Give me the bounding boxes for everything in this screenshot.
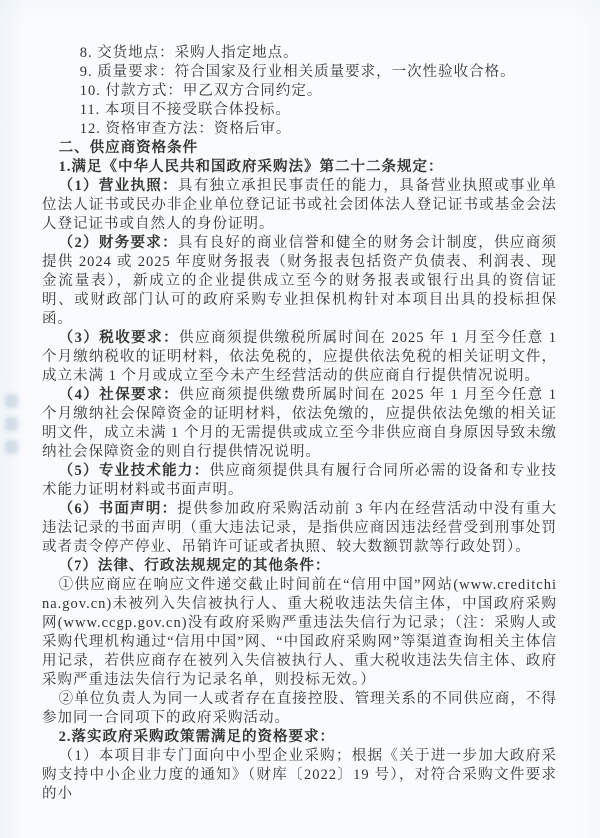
para-text: 12. 资格审查方法：资格后审。 xyxy=(80,121,292,137)
para-lead: （1）营业执照： xyxy=(59,178,178,194)
para-lead: 2.落实政府采购政策需满足的资格要求： xyxy=(59,729,335,745)
list-item-quality-requirement: 9. 质量要求：符合国家及行业相关质量要求，一次性验收合格。 xyxy=(42,63,557,82)
para-lead: （6）书面声明： xyxy=(59,501,178,517)
para-lead: （5）专业技术能力： xyxy=(59,463,210,479)
para-lead: （7）法律、行政法规规定的其他条件： xyxy=(59,558,331,574)
para-business-license: （1）营业执照：具有独立承担民事责任的能力，具备营业执照或事业单位法人证书或民办… xyxy=(42,177,557,234)
para-credit-china-record: ①供应商应在响应文件递交截止时间前在“信用中国”网站(www.creditchi… xyxy=(42,576,557,690)
para-financial-requirement: （2）财务要求：具有良好的商业信誉和健全的财务会计制度，供应商须提供 2024 … xyxy=(42,234,557,329)
para-lead: （4）社保要求： xyxy=(59,387,179,403)
para-lead: 1.满足《中华人民共和国政府采购法》第二十二条规定： xyxy=(59,159,444,175)
stamp-smudge-icon xyxy=(5,394,18,408)
list-item-payment-method: 10. 付款方式：甲乙双方合同约定。 xyxy=(42,82,557,101)
stamp-smudge-icon xyxy=(5,440,18,454)
para-sme-procurement-notice: （1）本项目非专门面向中小型企业采购；根据《关于进一步加大政府采购支持中小企业力… xyxy=(42,747,557,804)
list-item-no-consortium-bidding: 11. 本项目不接受联合体投标。 xyxy=(42,101,557,120)
left-edge-stamp-marks xyxy=(5,394,21,463)
para-text: ②单位负责人为同一人或者存在直接控股、管理关系的不同供应商，不得参加同一合同项下… xyxy=(42,691,557,726)
para-social-security-requirement: （4）社保要求：供应商须提供缴费所属时间在 2025 年 1 月至今任意 1 个… xyxy=(42,386,557,462)
list-item-delivery-location: 8. 交货地点：采购人指定地点。 xyxy=(42,44,557,63)
document-page: 8. 交货地点：采购人指定地点。 9. 质量要求：符合国家及行业相关质量要求，一… xyxy=(42,44,557,804)
para-text: 10. 付款方式：甲乙双方合同约定。 xyxy=(80,83,323,99)
para-lead: （2）财务要求： xyxy=(59,235,178,251)
section-heading-supplier-qualification: 二、供应商资格条件 xyxy=(42,139,557,158)
para-written-declaration: （6）书面声明：提供参加政府采购活动前 3 年内在经营活动中没有重大违法记录的书… xyxy=(42,500,557,557)
para-technical-capability: （5）专业技术能力：供应商须提供具有履行合同所必需的设备和专业技术能力证明材料或… xyxy=(42,462,557,500)
para-lead: 二、供应商资格条件 xyxy=(59,140,199,156)
para-text: （1）本项目非专门面向中小型企业采购；根据《关于进一步加大政府采购支持中小企业力… xyxy=(42,748,557,802)
para-lead: （3）税收要求： xyxy=(59,330,179,346)
stamp-smudge-icon xyxy=(5,417,18,431)
para-text: 11. 本项目不接受联合体投标。 xyxy=(80,102,291,118)
para-text: 8. 交货地点：采购人指定地点。 xyxy=(80,45,299,61)
para-text: ①供应商应在响应文件递交截止时间前在“信用中国”网站(www.creditchi… xyxy=(42,577,557,688)
para-text: 9. 质量要求：符合国家及行业相关质量要求，一次性验收合格。 xyxy=(80,64,516,80)
para-other-legal-conditions-heading: （7）法律、行政法规规定的其他条件： xyxy=(42,557,557,576)
list-item-qualification-review: 12. 资格审查方法：资格后审。 xyxy=(42,120,557,139)
subsection-heading-policy-qualification: 2.落实政府采购政策需满足的资格要求： xyxy=(42,728,557,747)
subsection-heading-procurement-law-article22: 1.满足《中华人民共和国政府采购法》第二十二条规定： xyxy=(42,158,557,177)
para-same-responsible-person: ②单位负责人为同一人或者存在直接控股、管理关系的不同供应商，不得参加同一合同项下… xyxy=(42,690,557,728)
para-tax-requirement: （3）税收要求：供应商须提供缴税所属时间在 2025 年 1 月至今任意 1 个… xyxy=(42,329,557,386)
